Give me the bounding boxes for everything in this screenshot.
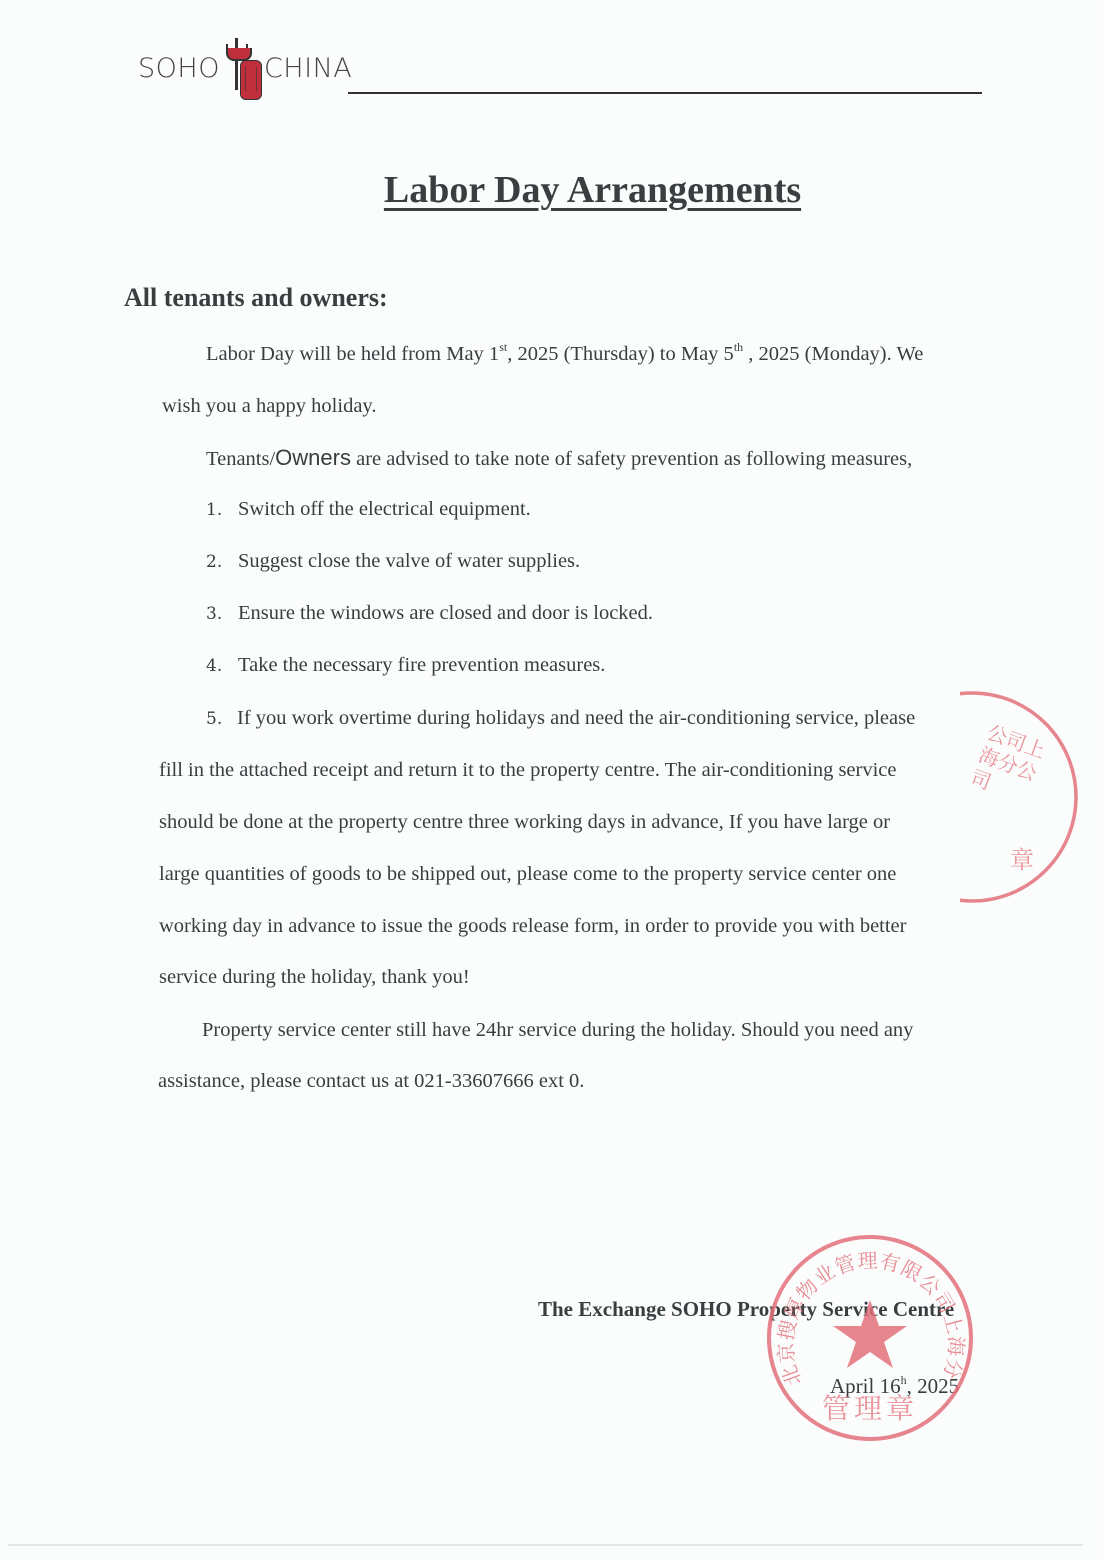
logo-text-soho: SOHO: [138, 53, 220, 84]
measure-item: 3.Ensure the windows are closed and door…: [206, 600, 653, 627]
measure-5-continued: should be done at the property centre th…: [159, 809, 890, 835]
soho-china-logo: SOHO CHINA: [138, 36, 352, 100]
logo-text-china: CHINA: [264, 53, 352, 84]
measure-5-continued: service during the holiday, thank you!: [159, 964, 470, 990]
header-divider: [348, 92, 982, 94]
measure-item: 1.Switch off the electrical equipment.: [206, 496, 531, 523]
salutation: All tenants and owners:: [124, 283, 388, 313]
footer-divider: [8, 1544, 1083, 1546]
closing-line-2: assistance, please contact us at 021-336…: [158, 1068, 584, 1094]
company-seal-stamp: 北京搜厚物业管理有限公司上海分公司 管理章: [764, 1232, 976, 1444]
advice-line: Tenants/Owners are advised to take note …: [206, 445, 912, 472]
closing-line-1: Property service center still have 24hr …: [202, 1017, 913, 1043]
signature-date: April 16h, 2025: [830, 1374, 959, 1399]
measure-item: 4.Take the necessary fire prevention mea…: [206, 652, 605, 679]
measure-5-continued: working day in advance to issue the good…: [159, 913, 906, 939]
side-stamp-bottom-text: 章: [1010, 840, 1034, 875]
intro-line-1: Labor Day will be held from May 1st, 202…: [206, 341, 923, 367]
measure-item: 2.Suggest close the valve of water suppl…: [206, 548, 580, 575]
intro-line-2: wish you a happy holiday.: [162, 393, 376, 419]
measure-5-continued: fill in the attached receipt and return …: [159, 757, 897, 783]
logo-seal-icon: [222, 36, 262, 100]
measure-5-continued: large quantities of goods to be shipped …: [159, 861, 896, 887]
signature-organization: The Exchange SOHO Property Service Centr…: [538, 1297, 954, 1322]
side-stamp-text: 公司上海分公司: [937, 720, 1058, 894]
document-title: Labor Day Arrangements: [0, 168, 1103, 212]
measure-item: 5.If you work overtime during holidays a…: [206, 705, 915, 732]
